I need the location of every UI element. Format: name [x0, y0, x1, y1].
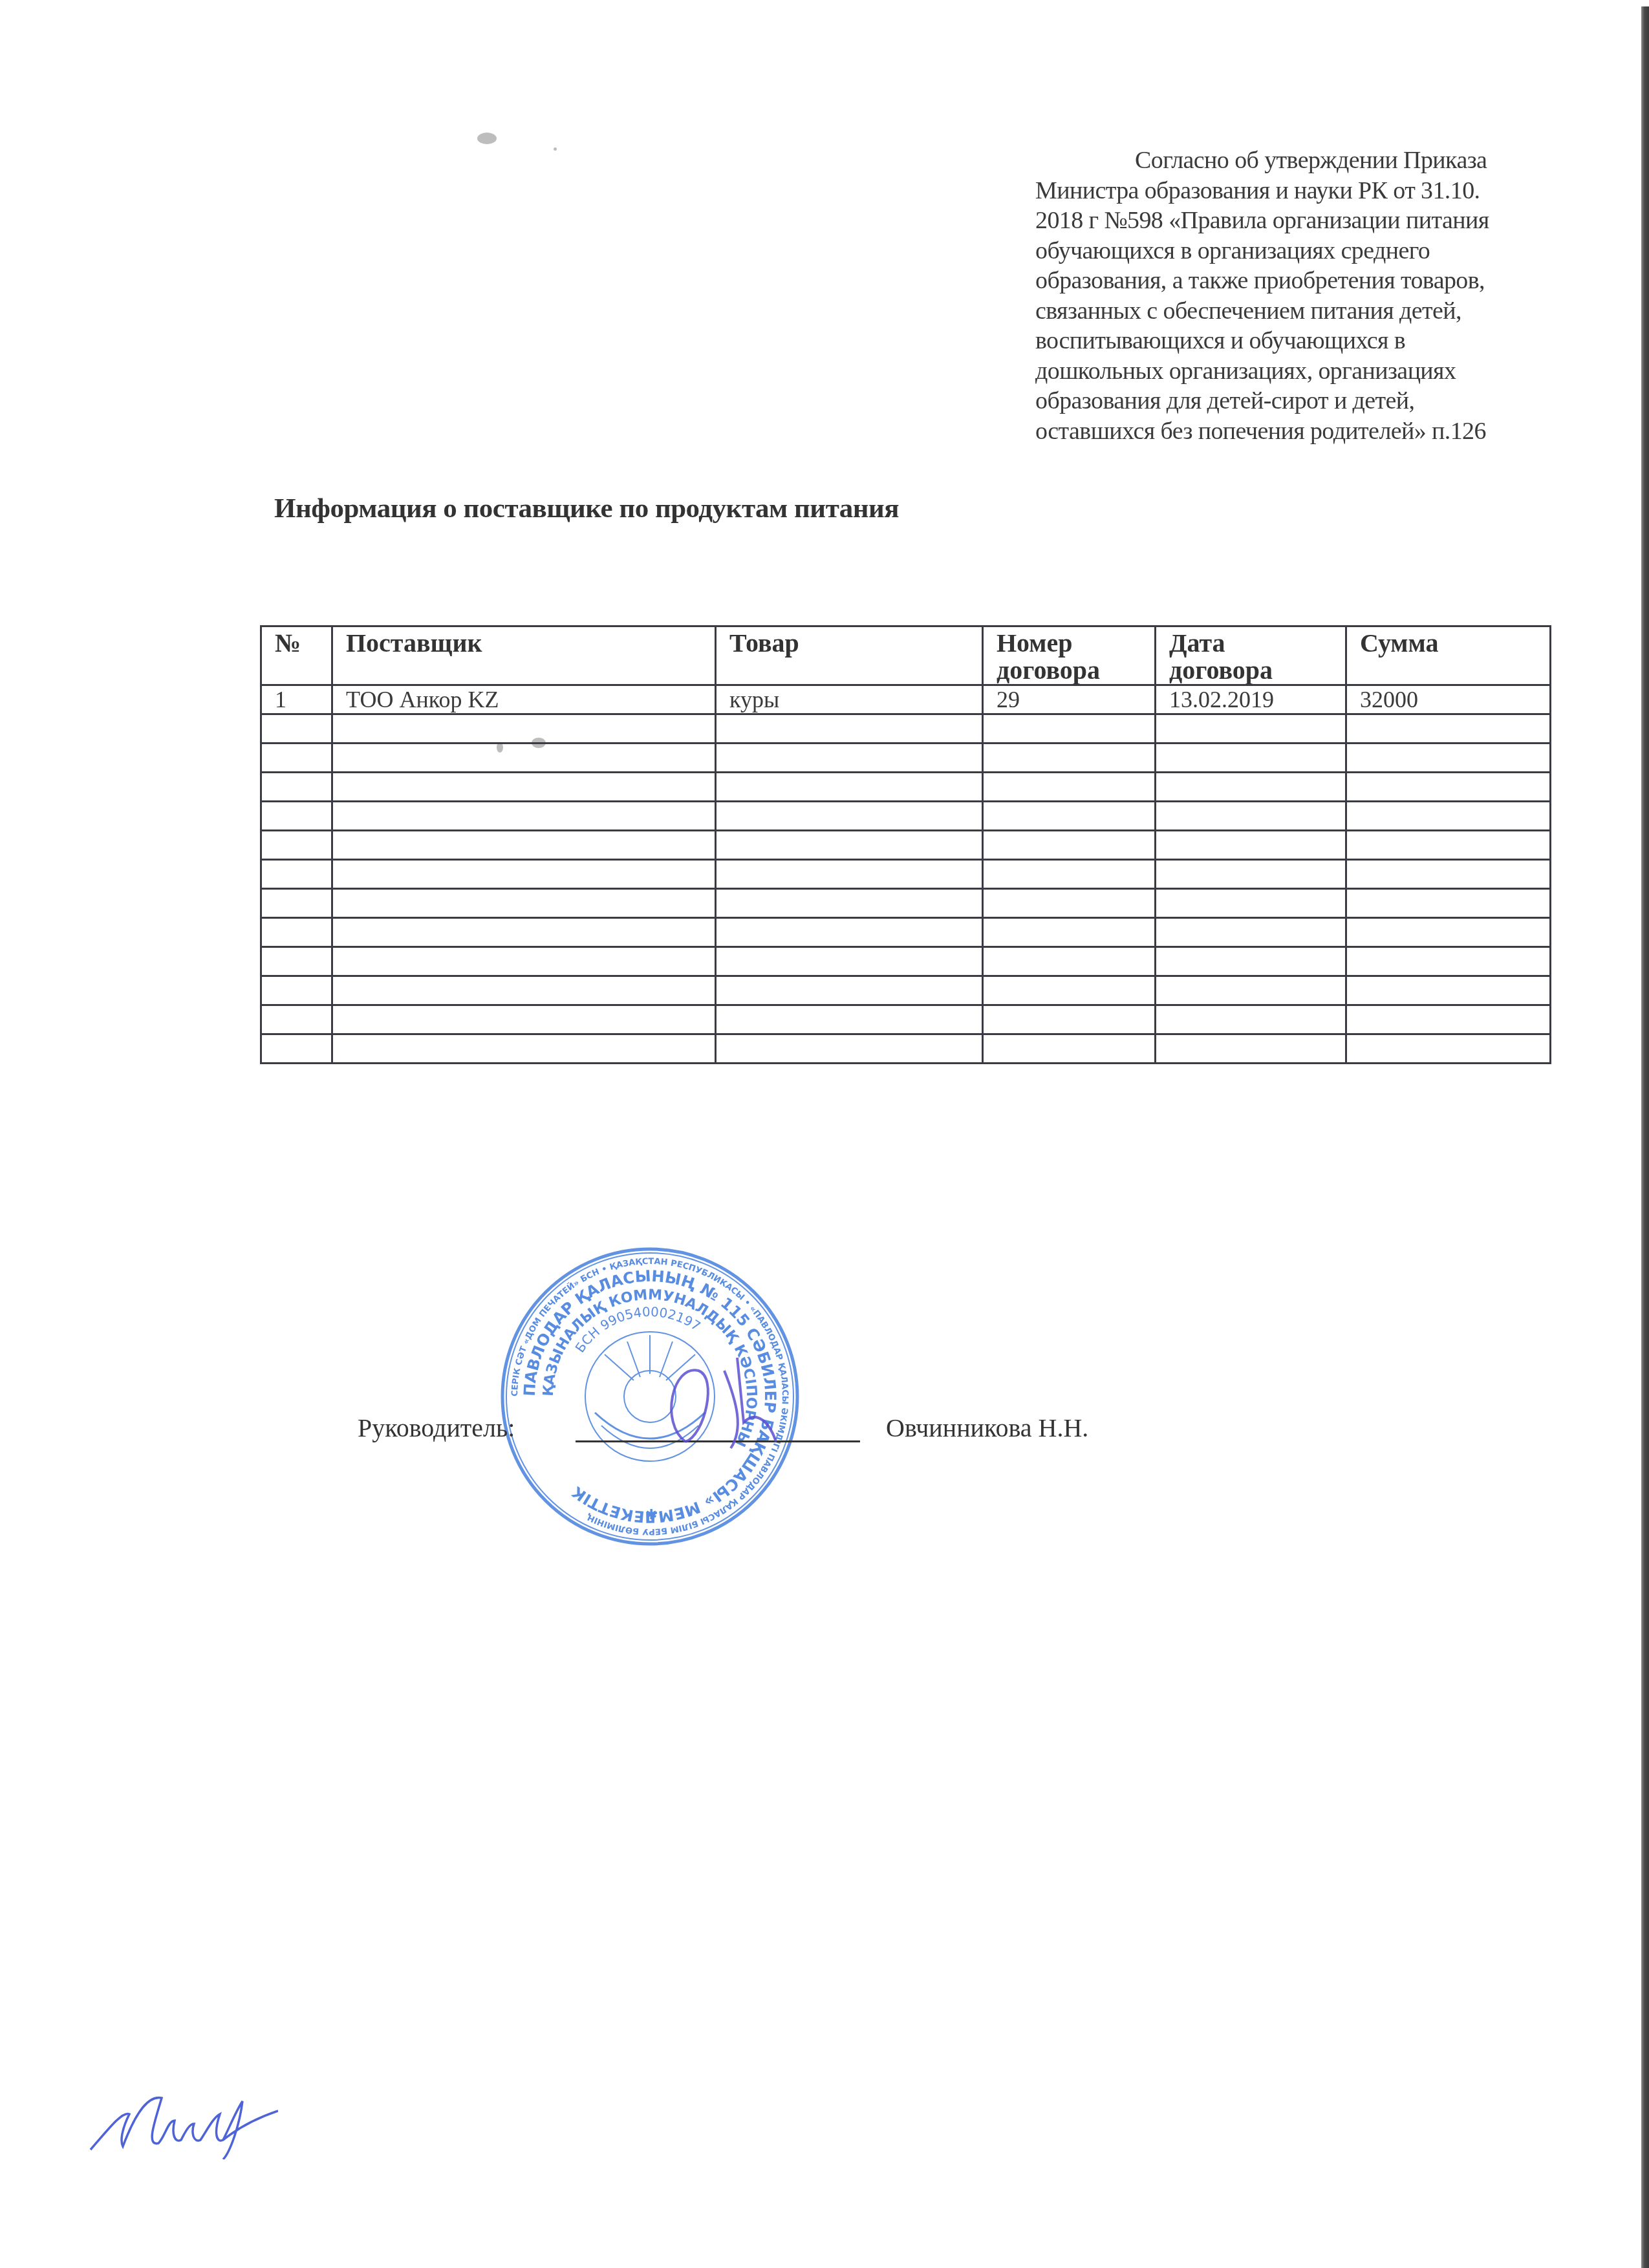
- table-cell: [332, 1034, 716, 1064]
- table-cell: [261, 976, 332, 1005]
- table-cell: [1346, 802, 1551, 831]
- table-row: [261, 714, 1551, 744]
- table-row: [261, 947, 1551, 976]
- table-cell: [1156, 1005, 1346, 1034]
- table-cell: [332, 831, 716, 860]
- handwritten-initials-icon: [84, 2082, 278, 2159]
- approval-line: 2018 г №598 «Правила организации питания: [1035, 206, 1514, 236]
- table-row: 1ТОО Анкор KZкуры2913.02.201932000: [261, 685, 1551, 714]
- table-cell: [983, 1034, 1156, 1064]
- table-cell: [332, 802, 716, 831]
- table-cell: [1346, 889, 1551, 918]
- table-cell: [261, 860, 332, 889]
- table-cell: [1156, 831, 1346, 860]
- table-cell: [983, 860, 1156, 889]
- table-cell: [1156, 889, 1346, 918]
- column-header-text: №: [275, 630, 331, 657]
- table-row: [261, 802, 1551, 831]
- column-header: Сумма: [1346, 626, 1551, 685]
- approval-line: образования для детей-сирот и детей,: [1035, 386, 1514, 416]
- table-cell: [332, 773, 716, 802]
- table-cell: [1346, 860, 1551, 889]
- signatory-name: Овчинникова Н.Н.: [886, 1413, 1088, 1443]
- table-cell: [261, 947, 332, 976]
- table-row: [261, 1005, 1551, 1034]
- table-cell: [1156, 860, 1346, 889]
- table-cell: [983, 773, 1156, 802]
- column-header: Датадоговора: [1156, 626, 1346, 685]
- table-cell: [261, 744, 332, 773]
- table-cell: [1156, 976, 1346, 1005]
- table-header-row: №ПоставщикТоварНомердоговораДатадоговора…: [261, 626, 1551, 685]
- column-header: Номердоговора: [983, 626, 1156, 685]
- column-header-text: договора: [1169, 657, 1345, 684]
- table-cell: [332, 947, 716, 976]
- table-row: [261, 773, 1551, 802]
- approval-line: образования, а также приобретения товаро…: [1035, 266, 1514, 296]
- table-cell: [332, 889, 716, 918]
- table-cell: [983, 802, 1156, 831]
- column-header: Товар: [716, 626, 983, 685]
- table-row: [261, 918, 1551, 947]
- table-cell: [716, 1005, 983, 1034]
- table-cell: [332, 714, 716, 744]
- supplier-table: №ПоставщикТоварНомердоговораДатадоговора…: [260, 625, 1551, 1064]
- table-cell: [1346, 773, 1551, 802]
- approval-line: Согласно об утверждении Приказа: [1035, 145, 1514, 176]
- table-cell: [983, 918, 1156, 947]
- column-header: №: [261, 626, 332, 685]
- table-cell: [983, 714, 1156, 744]
- table-cell: [716, 744, 983, 773]
- table-cell: [1156, 947, 1346, 976]
- scan-speck: [554, 147, 557, 151]
- table-cell: [1156, 802, 1346, 831]
- table-cell: [716, 802, 983, 831]
- column-header: Поставщик: [332, 626, 716, 685]
- table-cell: [261, 889, 332, 918]
- table-cell: [1346, 1034, 1551, 1064]
- table-cell: [1156, 1034, 1346, 1064]
- table-cell: [716, 860, 983, 889]
- table-cell: 13.02.2019: [1156, 685, 1346, 714]
- table-row: [261, 976, 1551, 1005]
- approval-note: Согласно об утверждении Приказа Министра…: [1035, 145, 1514, 446]
- table-cell: [261, 1034, 332, 1064]
- table-body: 1ТОО Анкор KZкуры2913.02.201932000: [261, 685, 1551, 1064]
- column-header-text: Номер: [997, 630, 1154, 657]
- approval-line: дошкольных организациях, организациях: [1035, 356, 1514, 387]
- table-row: [261, 860, 1551, 889]
- table-cell: [1346, 744, 1551, 773]
- table-cell: [332, 976, 716, 1005]
- signature-label: Руководитель:: [358, 1413, 515, 1443]
- scanner-edge: [1641, 6, 1649, 2268]
- table-cell: [332, 744, 716, 773]
- table-cell: [983, 947, 1156, 976]
- table-cell: [1156, 773, 1346, 802]
- table-cell: [261, 773, 332, 802]
- approval-line: Министра образования и науки РК от 31.10…: [1035, 176, 1514, 206]
- table-cell: [1346, 831, 1551, 860]
- table-cell: [716, 918, 983, 947]
- table-cell: [1346, 947, 1551, 976]
- table-cell: [716, 773, 983, 802]
- column-header-text: Дата: [1169, 630, 1345, 657]
- table-cell: [716, 714, 983, 744]
- table-cell: [983, 831, 1156, 860]
- table-cell: [332, 1005, 716, 1034]
- column-header-text: Поставщик: [346, 630, 715, 657]
- table-cell: ТОО Анкор KZ: [332, 685, 716, 714]
- table-cell: [332, 918, 716, 947]
- table-cell: [332, 860, 716, 889]
- table-cell: [1346, 714, 1551, 744]
- table-row: [261, 1034, 1551, 1064]
- table-cell: [1346, 918, 1551, 947]
- table-cell: [716, 1034, 983, 1064]
- document-title: Информация о поставщике по продуктам пит…: [274, 493, 899, 524]
- table-cell: [1156, 744, 1346, 773]
- table-cell: 1: [261, 685, 332, 714]
- table-cell: [716, 831, 983, 860]
- table-cell: [983, 744, 1156, 773]
- approval-line: воспитывающихся и обучающихся в: [1035, 326, 1514, 356]
- column-header-text: договора: [997, 657, 1154, 684]
- table-cell: [716, 947, 983, 976]
- table-cell: [983, 1005, 1156, 1034]
- approval-line: связанных с обеспечением питания детей,: [1035, 296, 1514, 326]
- table-cell: [261, 714, 332, 744]
- table-row: [261, 889, 1551, 918]
- svg-text:✱: ✱: [645, 1507, 657, 1523]
- table-row: [261, 831, 1551, 860]
- approval-line: обучающихся в организациях среднего: [1035, 236, 1514, 266]
- column-header-text: Товар: [729, 630, 982, 657]
- table-cell: 32000: [1346, 685, 1551, 714]
- table-cell: [261, 831, 332, 860]
- table-cell: [261, 918, 332, 947]
- table-cell: куры: [716, 685, 983, 714]
- table-row: [261, 744, 1551, 773]
- table-cell: [1346, 1005, 1551, 1034]
- table-cell: [1156, 918, 1346, 947]
- table-cell: [716, 889, 983, 918]
- table-cell: 29: [983, 685, 1156, 714]
- approval-line: оставшихся без попечения родителей» п.12…: [1035, 416, 1514, 447]
- column-header-text: Сумма: [1360, 630, 1549, 657]
- table-cell: [716, 976, 983, 1005]
- table-cell: [983, 889, 1156, 918]
- table-cell: [261, 1005, 332, 1034]
- table-cell: [1156, 714, 1346, 744]
- table-cell: [1346, 976, 1551, 1005]
- table-cell: [261, 802, 332, 831]
- table-cell: [983, 976, 1156, 1005]
- scan-speck: [477, 133, 497, 144]
- handwritten-signature-icon: [647, 1345, 795, 1455]
